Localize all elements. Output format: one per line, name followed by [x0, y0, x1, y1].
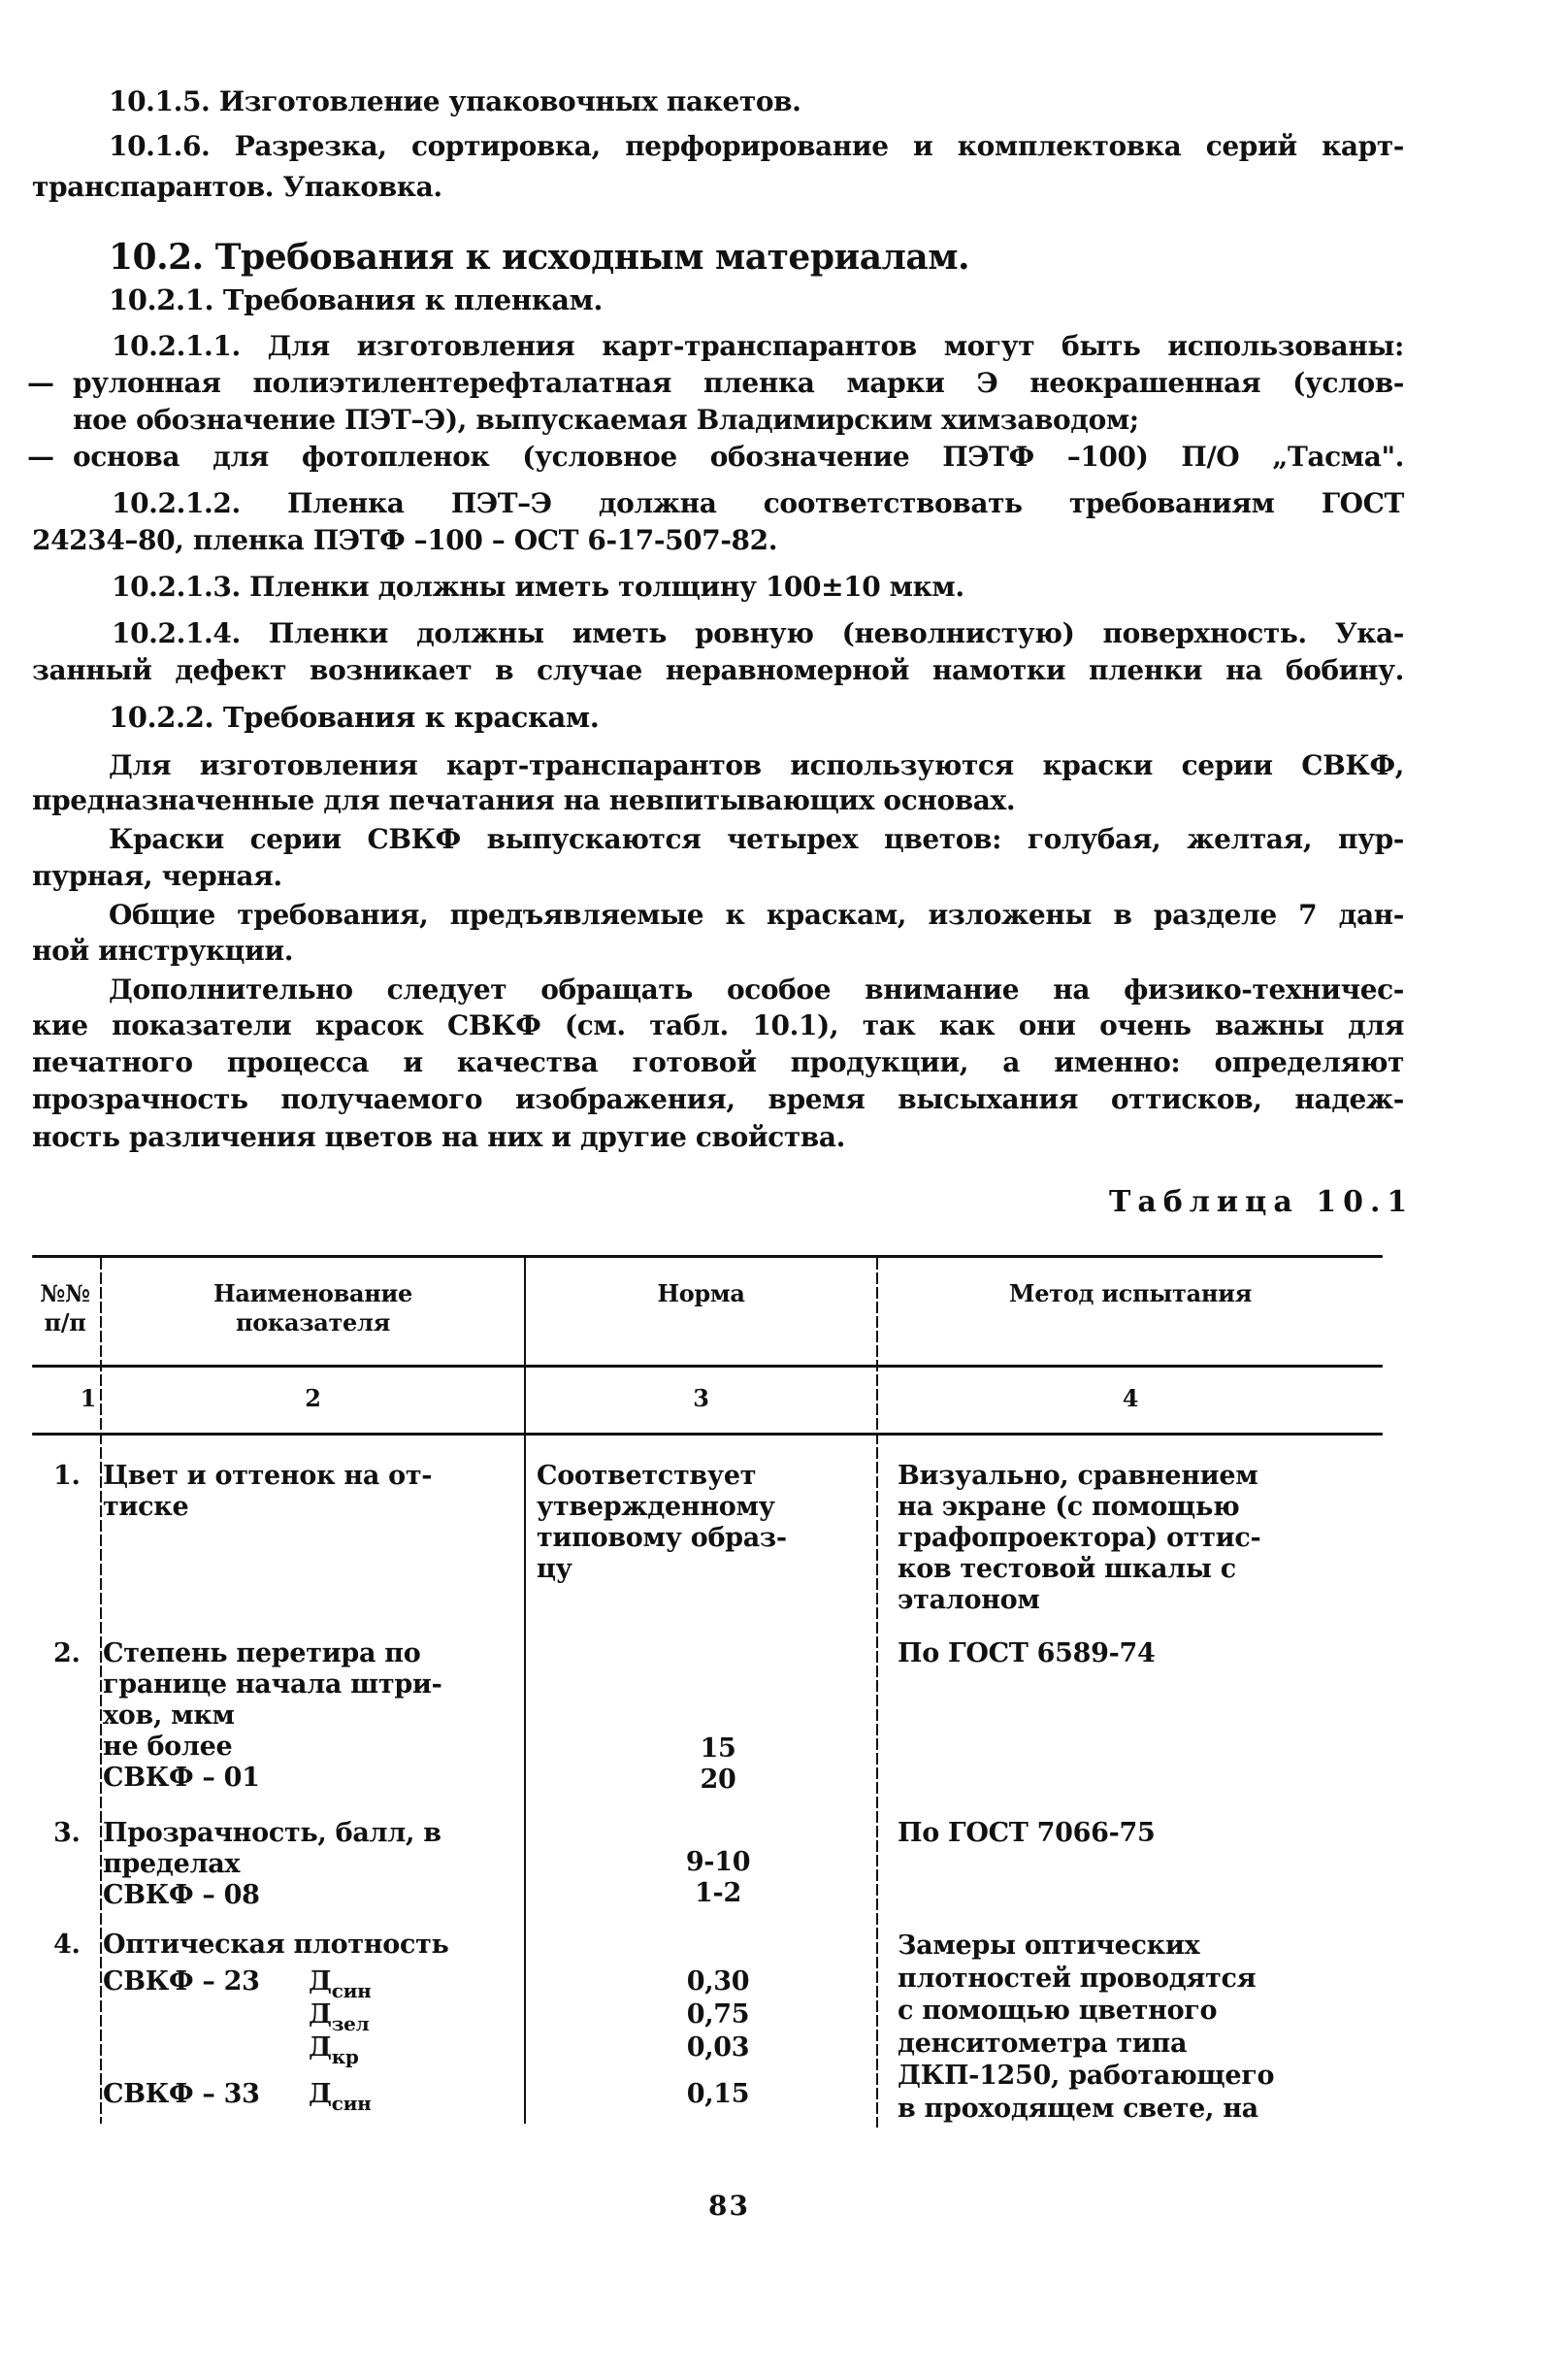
table-top-rule: [32, 1255, 1383, 1258]
norm-value: 20: [670, 1765, 767, 1796]
para-inks-4-line2: кие показатели красок СВКФ (см. табл. 10…: [32, 1009, 1404, 1042]
norm-value: 0,30: [670, 1966, 767, 1997]
indicator-name: Степень перетира по границе начала штри-…: [103, 1638, 442, 1794]
list-item-petf-100: основа для фотопленок (условное обозначе…: [73, 441, 1404, 474]
norm-value: 0,75: [670, 1999, 767, 2030]
para-10-2-1-4-line2: занный дефект возникает в случае неравно…: [32, 654, 1404, 687]
table-numbering-rule: [32, 1433, 1383, 1436]
norm-value: Соответствует утвержденному типовому обр…: [537, 1461, 787, 1585]
para-inks-2-line2: пурная, черная.: [32, 860, 282, 893]
colnum-4: 4: [878, 1384, 1383, 1413]
para-10-2-1-2-line2: 24234–80, пленка ПЭТФ –100 – ОСТ 6-17-50…: [32, 524, 777, 557]
page-number: 83: [708, 2190, 750, 2222]
list-item-pet-e-line2: ное обозначение ПЭТ–Э), выпускаемая Влад…: [73, 404, 1139, 437]
para-10-1-6-line1: 10.1.6. Разрезка, сортировка, перфориров…: [109, 130, 1404, 163]
norm-value: 9-10: [670, 1847, 767, 1878]
para-inks-1-line2: предназначенные для печатания на невпиты…: [32, 784, 1015, 817]
density-symbol: Дсин: [309, 2079, 371, 2119]
dash-bullet-1: —: [27, 367, 54, 400]
test-method: По ГОСТ 7066-75: [898, 1818, 1155, 1849]
row-number: 4.: [53, 1930, 81, 1961]
norm-value: 1-2: [670, 1878, 767, 1909]
indicator-name: Оптическая плотность: [103, 1930, 449, 1961]
colnum-2: 2: [102, 1384, 524, 1413]
header-test-method: Метод испытания: [878, 1279, 1383, 1308]
heading-10-2-2: 10.2.2. Требования к краскам.: [109, 701, 599, 734]
test-method: По ГОСТ 6589-74: [898, 1638, 1155, 1669]
ink-grade-label: СВКФ – 23: [103, 1966, 260, 1997]
colnum-3: 3: [526, 1384, 876, 1413]
table-header-rule: [32, 1365, 1383, 1368]
row-number: 2.: [53, 1638, 81, 1669]
colnum-1: 1: [32, 1384, 96, 1413]
indicator-name: Цвет и оттенок на от- тиске: [103, 1461, 432, 1523]
para-inks-4-line5: ность различения цветов на них и другие …: [32, 1121, 845, 1154]
list-item-pet-e-line1: рулонная полиэтилентерефталатная пленка …: [73, 367, 1404, 400]
para-inks-3-line2: ной инструкции.: [32, 935, 293, 968]
header-indicator-name: Наименование показателя: [102, 1279, 524, 1337]
test-method: Визуально, сравнением на экране (с помощ…: [898, 1461, 1260, 1616]
para-10-2-1-4-line1: 10.2.1.4. Пленки должны иметь ровную (не…: [112, 617, 1404, 650]
ink-grade-label: СВКФ – 33: [103, 2079, 260, 2110]
para-10-1-6-line2: транспарантов. Упаковка.: [32, 171, 442, 204]
heading-10-2-1: 10.2.1. Требования к пленкам.: [109, 283, 603, 316]
table-caption: Таблица 10.1: [1109, 1186, 1414, 1219]
para-inks-4-line4: прозрачность получаемого изображения, вр…: [32, 1083, 1404, 1116]
norm-value: 0,15: [670, 2079, 767, 2110]
dash-bullet-2: —: [27, 441, 54, 474]
para-10-2-1-2-line1: 10.2.1.2. Пленка ПЭТ–Э должна соответств…: [112, 487, 1404, 520]
para-inks-2-line1: Краски серии СВКФ выпускаются четырех цв…: [109, 823, 1404, 856]
para-inks-1-line1: Для изготовления карт-транспарантов испо…: [109, 749, 1404, 782]
row-number: 1.: [53, 1461, 81, 1492]
row-number: 3.: [53, 1818, 81, 1849]
para-inks-3-line1: Общие требования, предъявляемые к краска…: [109, 899, 1404, 932]
para-10-2-1-1: 10.2.1.1. Для изготовления карт-транспар…: [112, 330, 1404, 363]
para-inks-4-line1: Дополнительно следует обращать особое вн…: [109, 974, 1404, 1007]
para-10-2-1-3: 10.2.1.3. Пленки должны иметь толщину 10…: [112, 571, 964, 604]
norm-value: 0,03: [670, 2032, 767, 2063]
header-number: №№ п/п: [32, 1279, 98, 1337]
norm-value: 15: [670, 1733, 767, 1765]
heading-10-2: 10.2. Требования к исходным материалам.: [109, 237, 969, 278]
para-10-1-5: 10.1.5. Изготовление упаковочных пакетов…: [109, 85, 801, 118]
header-norm: Норма: [526, 1279, 876, 1308]
test-method: Замеры оптических плотностей проводятся …: [898, 1930, 1274, 2125]
density-symbol: Дкр: [309, 2032, 359, 2072]
para-inks-4-line3: печатного процесса и качества готовой пр…: [32, 1046, 1404, 1079]
indicator-name: Прозрачность, балл, в пределах СВКФ – 08: [103, 1818, 441, 1911]
